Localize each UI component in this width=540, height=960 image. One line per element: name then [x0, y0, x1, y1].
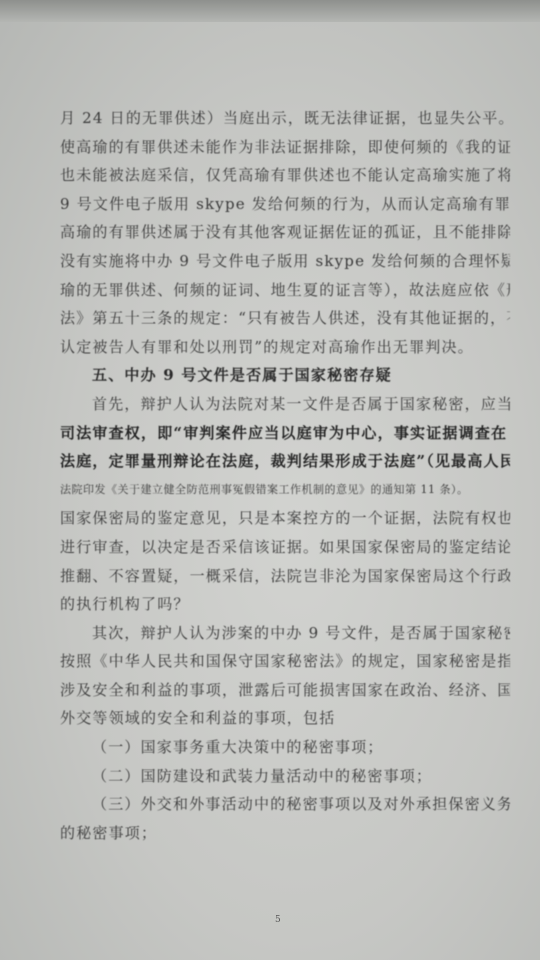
text-line: 法庭，定罪量刑辩论在法庭，裁判结果形成于法庭”（见最高人民 [60, 447, 510, 476]
text-line: 认定被告人有罪和处以刑罚”的规定对高瑜作出无罪判决。 [60, 333, 510, 362]
text-line: 涉及安全和利益的事项，泄露后可能损害国家在政治、经济、国防、 [60, 676, 510, 705]
text-line: 司法审查权，即“审判案件应当以庭审为中心，事实证据调查在 [60, 419, 510, 448]
list-item: （一）国家事务重大决策中的秘密事项； [60, 733, 510, 762]
text-line: 也未能被法庭采信，仅凭高瑜有罪供述也不能认定高瑜实施了将中办 [60, 161, 510, 190]
text-line: 外交等领域的安全和利益的事项，包括 [60, 704, 510, 733]
list-item: （二）国防建设和武装力量活动中的秘密事项； [60, 762, 510, 791]
text-line: 推翻、不容置疑，一概采信，法院岂非沦为国家保密局这个行政机关 [60, 562, 510, 591]
text-line: 首先，辩护人认为法院对某一文件是否属于国家秘密，应当具有 [60, 390, 510, 419]
text-line: 按照《中华人民共和国保守国家秘密法》的规定，国家秘密是指国家 [60, 647, 510, 676]
list-item: （三）外交和外事活动中的秘密事项以及对外承担保密义务 [60, 790, 510, 819]
text-line: 国家保密局的鉴定意见，只是本案控方的一个证据，法院有权也应当 [60, 504, 510, 533]
text-line: 9 号文件电子版用 skype 发给何频的行为，从而认定高瑜有罪。因为 [60, 190, 510, 219]
text-line: 高瑜的有罪供述属于没有其他客观证据佐证的孤证，且不能排除高瑜 [60, 218, 510, 247]
text-line: 进行审查，以决定是否采信该证据。如果国家保密局的鉴定结论不容 [60, 533, 510, 562]
page-top-edge [0, 0, 540, 22]
text-line: 使高瑜的有罪供述未能作为非法证据排除，即使何频的《我的证词》 [60, 133, 510, 162]
text-line: 没有实施将中办 9 号文件电子版用 skype 发给何频的合理怀疑（如高 [60, 247, 510, 276]
document-page: 月 24 日的无罪供述）当庭出示，既无法律证据，也显失公平。但即 使高瑜的有罪供… [0, 0, 540, 960]
document-body: 月 24 日的无罪供述）当庭出示，既无法律证据，也显失公平。但即 使高瑜的有罪供… [60, 104, 510, 847]
page-number: 5 [275, 915, 281, 925]
text-line: 月 24 日的无罪供述）当庭出示，既无法律证据，也显失公平。但即 [60, 104, 510, 133]
text-line: 的执行机构了吗？ [60, 590, 510, 619]
list-item-continuation: 的秘密事项； [60, 819, 510, 848]
section-heading: 五、中办 9 号文件是否属于国家秘密存疑 [60, 361, 510, 390]
text-line: 法》第五十三条的规定：“只有被告人供述，没有其他证据的，不能 [60, 304, 510, 333]
text-line: 其次，辩护人认为涉案的中办 9 号文件，是否属于国家秘密存疑。 [60, 619, 510, 648]
text-line: 法院印发《关于建立健全防范刑事冤假错案工作机制的意见》的通知第 11 条）。 [60, 476, 510, 505]
text-line: 瑜的无罪供述、何频的证词、地生夏的证言等），故法庭应依《刑事诉讼 [60, 276, 510, 305]
